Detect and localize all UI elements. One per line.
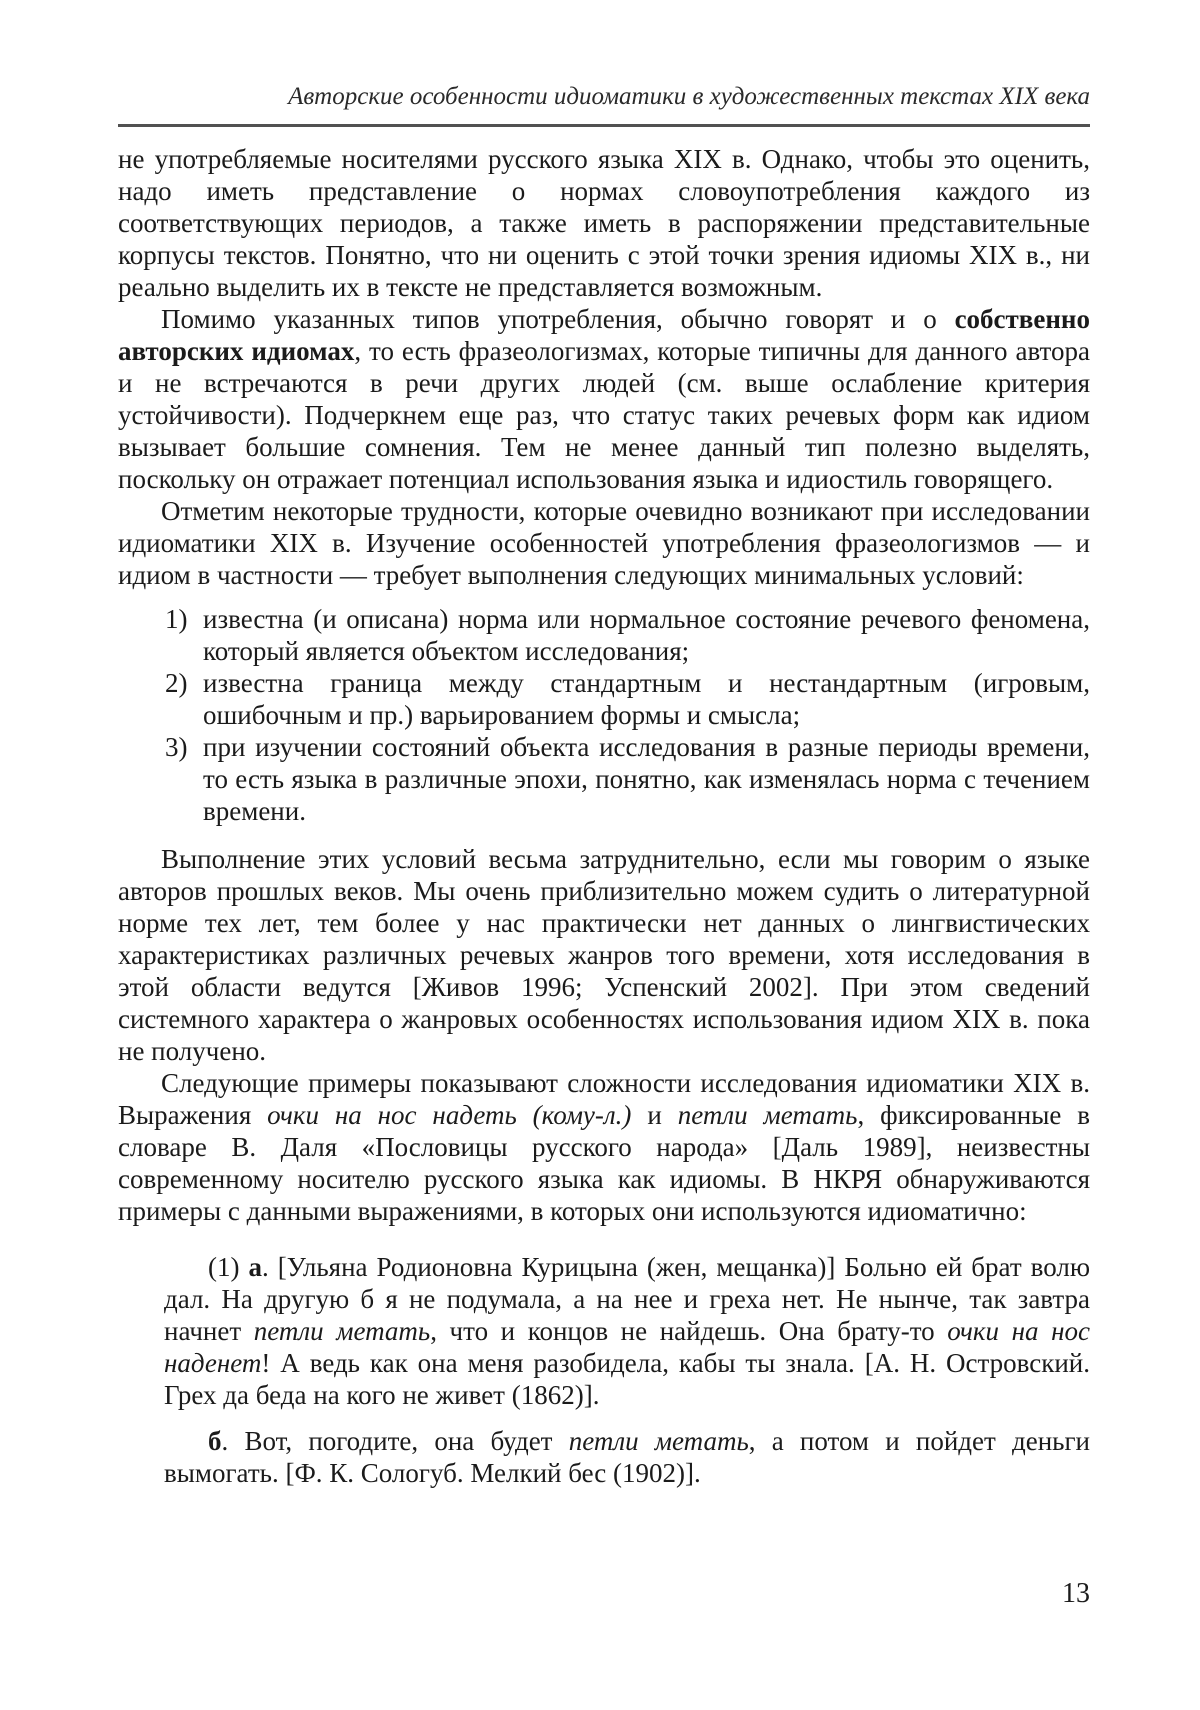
list-item-1-text: известна (и описана) норма или нормально… [203, 604, 1090, 666]
text-block: Авторские особенности идиоматики в худож… [118, 82, 1090, 1489]
example-1a: (1) а. [Ульяна Родионовна Курицына (жен,… [164, 1251, 1090, 1411]
text-run: Отметим некоторые трудности, которые оче… [118, 496, 1090, 590]
conditions-list: 1) известна (и описана) норма или нормал… [118, 603, 1090, 827]
list-item-1: 1) известна (и описана) норма или нормал… [118, 603, 1090, 667]
list-item-2-number: 2) [165, 667, 188, 699]
text-run: , что и концов не найдешь. Она брату-то [430, 1316, 947, 1346]
document-page: Авторские особенности идиоматики в худож… [0, 0, 1200, 1710]
list-item-3-number: 3) [165, 731, 188, 763]
paragraph-author-idioms: Помимо указанных типов употребления, обы… [118, 303, 1090, 495]
text-run: петли метать [678, 1100, 858, 1130]
header-rule [118, 124, 1090, 127]
page-number: 13 [1062, 1578, 1090, 1610]
list-item-3-text: при изучении состояний объекта исследова… [203, 732, 1090, 826]
text-run: не употребляемые носителями русского язы… [118, 144, 1090, 302]
list-item-3: 3) при изучении состояний объекта исслед… [118, 731, 1090, 827]
text-run: и [631, 1100, 677, 1130]
text-run: а [249, 1252, 263, 1282]
text-run: известна граница между стандартным и нес… [203, 668, 1090, 730]
list-item-1-number: 1) [165, 603, 188, 635]
text-run: при изучении состояний объекта исследова… [203, 732, 1090, 826]
paragraph-continuation: не употребляемые носителями русского язы… [118, 143, 1090, 303]
list-item-2: 2) известна граница между стандартным и … [118, 667, 1090, 731]
text-run: Выполнение этих условий весьма затруднит… [118, 844, 1090, 1066]
text-run: Помимо указанных типов употребления, обы… [161, 304, 955, 334]
text-run: б [208, 1426, 222, 1456]
list-item-2-text: известна граница между стандартным и нес… [203, 668, 1090, 730]
text-run: (1) [208, 1252, 249, 1282]
text-run: . Вот, погодите, она будет [222, 1426, 569, 1456]
example-1b: б. Вот, погодите, она будет петли метать… [164, 1425, 1090, 1489]
paragraph-examples-intro: Следующие примеры показывают сложности и… [118, 1067, 1090, 1227]
text-run: ! А ведь как она меня разобидела, кабы т… [164, 1348, 1090, 1410]
text-run: очки на нос надеть (кому-л.) [267, 1100, 631, 1130]
paragraph-difficulties: Отметим некоторые трудности, которые оче… [118, 495, 1090, 591]
text-run: известна (и описана) норма или нормально… [203, 604, 1090, 666]
text-run: петли метать [254, 1316, 430, 1346]
paragraph-conditions-fulfilment: Выполнение этих условий весьма затруднит… [118, 843, 1090, 1067]
body-text: не употребляемые носителями русского язы… [118, 143, 1090, 1489]
text-run: петли метать [569, 1426, 749, 1456]
running-header: Авторские особенности идиоматики в худож… [118, 82, 1090, 124]
